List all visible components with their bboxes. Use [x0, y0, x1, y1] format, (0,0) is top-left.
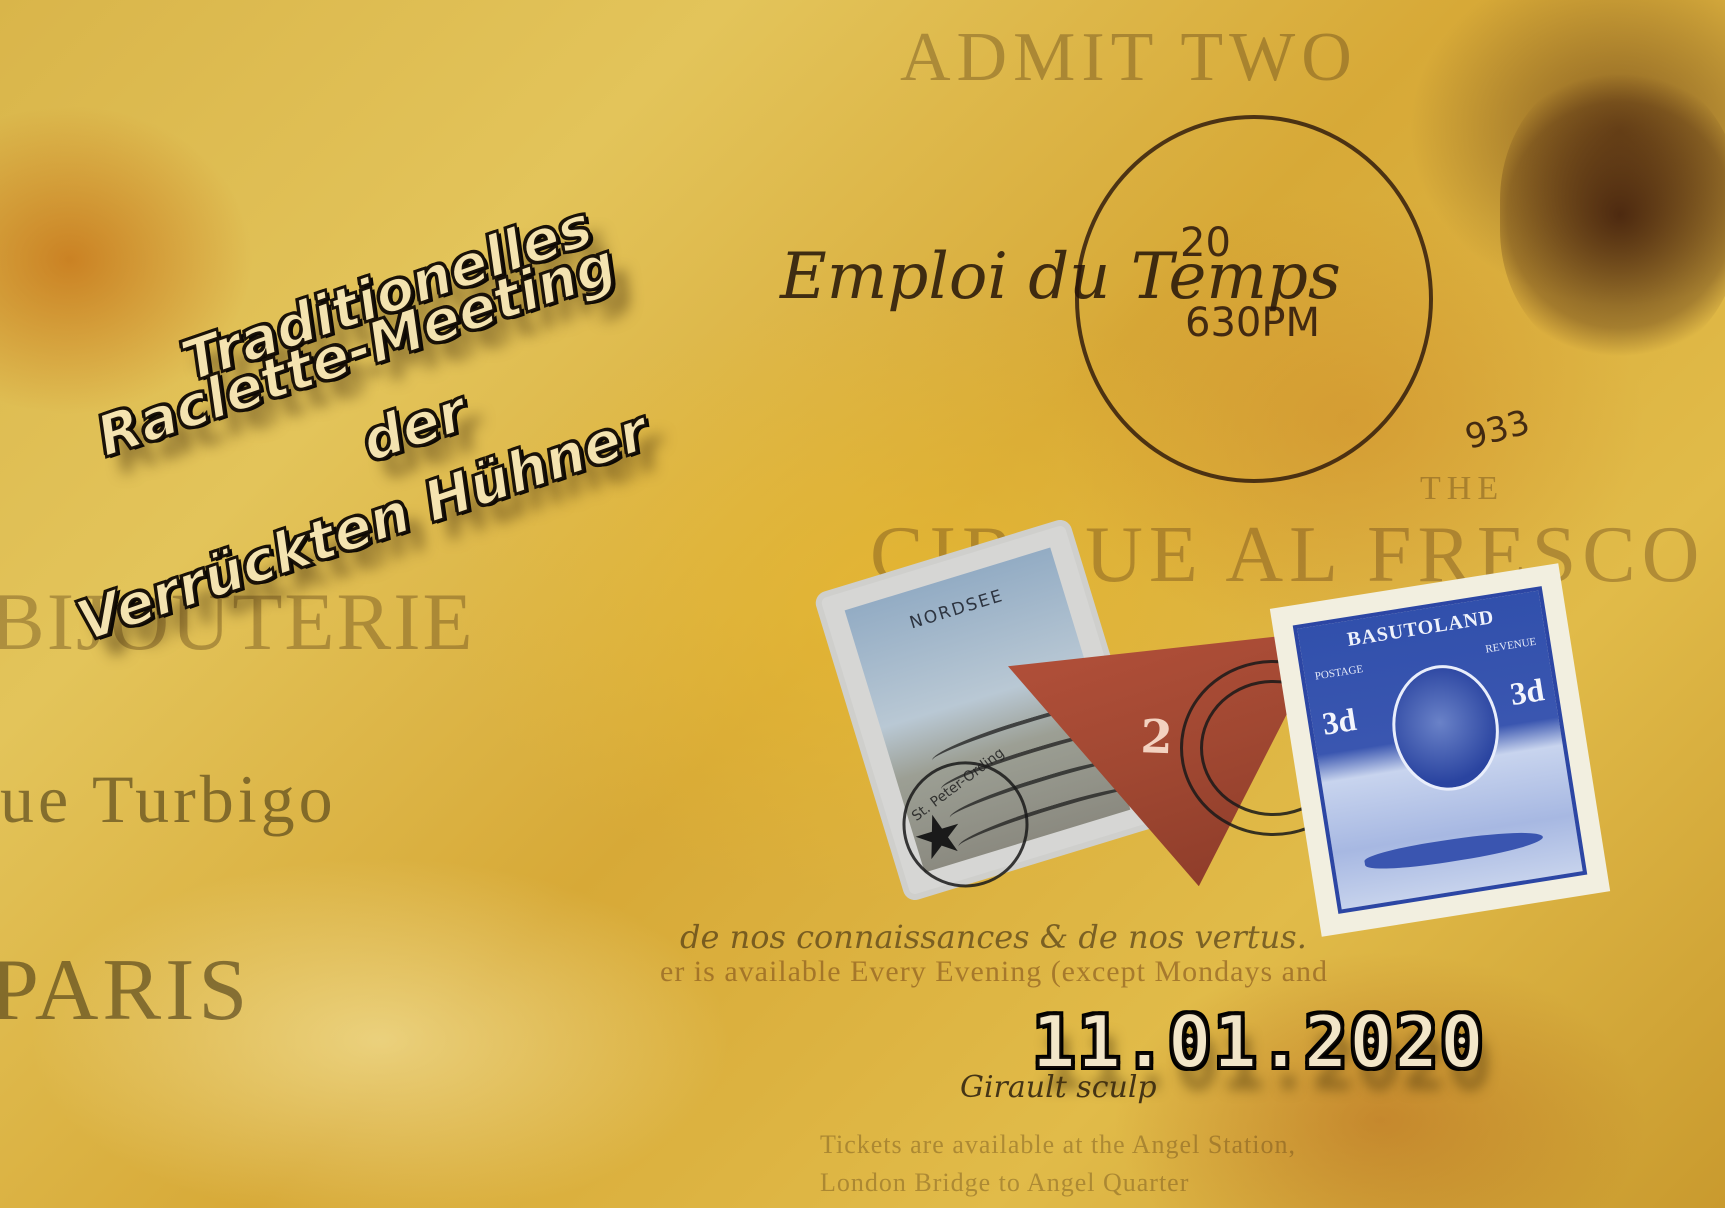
postmark-time: 630PM — [1185, 300, 1320, 346]
bg-london-text: London Bridge to Angel Quarter — [820, 1168, 1189, 1198]
stamp-triangle-value: 2 — [1140, 709, 1174, 764]
bg-the-text: THE — [1420, 470, 1504, 508]
postmark-date: 20 — [1180, 220, 1231, 266]
stamp-basutoland-frame: BASUTOLAND POSTAGE REVENUE 3d 3d — [1293, 586, 1588, 914]
bg-paris-text: PARIS — [0, 940, 251, 1041]
bg-tickets-text: Tickets are available at the Angel Stati… — [820, 1130, 1296, 1160]
stamp-basutoland: BASUTOLAND POSTAGE REVENUE 3d 3d — [1277, 570, 1604, 930]
ink-blot — [1500, 70, 1725, 360]
bg-admit-text: ADMIT TWO — [900, 18, 1358, 98]
stamp-basutoland-revenue: REVENUE — [1485, 636, 1538, 656]
bg-script-line: de nos connaissances & de nos vertus. — [680, 918, 1307, 956]
postcard: ADMIT TWO CIRQUE AL FRESCO THE BIJOUTERI… — [0, 0, 1725, 1208]
event-date: 11.01.2020 — [1032, 1000, 1485, 1084]
bg-turbigo-text: ue Turbigo — [0, 760, 337, 839]
crocodile-icon — [1363, 825, 1544, 875]
postmark-ring — [1075, 115, 1433, 483]
postmark-year: 933 — [1461, 402, 1534, 457]
stamp-basutoland-value-left: 3d — [1320, 701, 1359, 743]
bg-evening-text: er is available Every Evening (except Mo… — [660, 955, 1328, 989]
stamp-basutoland-postage: POSTAGE — [1314, 663, 1364, 682]
stamp-basutoland-value-right: 3d — [1508, 671, 1547, 713]
king-portrait-icon — [1383, 657, 1507, 798]
